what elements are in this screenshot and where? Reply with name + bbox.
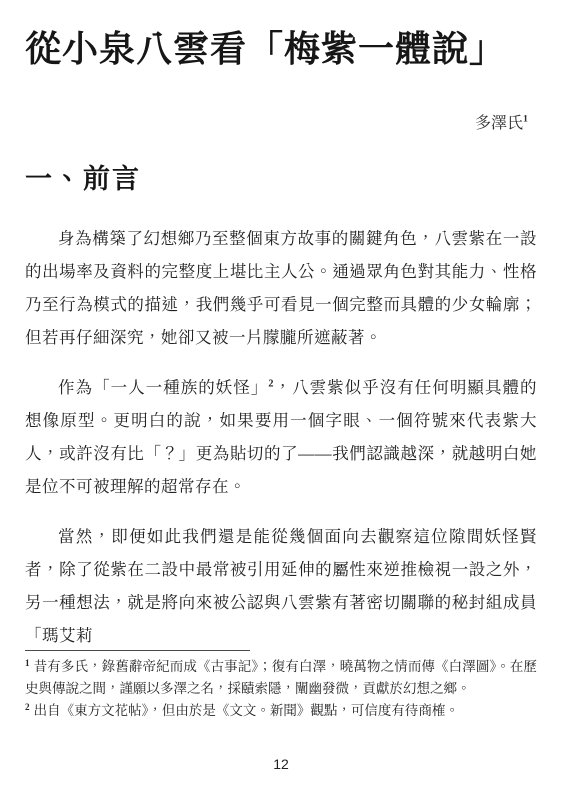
footnote-1-marker: 1 [25, 658, 30, 668]
footnote-1: 1昔有多氏，錄舊辭帝紀而成《古事記》；復有白澤，曉萬物之情而傳《白澤圖》。在歷史… [25, 656, 537, 700]
body-text: 身為構築了幻想鄉乃至整個東方故事的關鍵角色，八雲紫在一設的出場率及資料的完整度上… [25, 222, 537, 669]
footnote-separator [25, 650, 250, 651]
footnote-2-marker: 2 [25, 702, 30, 712]
paragraph-1: 身為構築了幻想鄉乃至整個東方故事的關鍵角色，八雲紫在一設的出場率及資料的完整度上… [25, 222, 537, 354]
footnote-2: 2出自《東方文花帖》，但由於是《文文。新聞》觀點，可信度有待商榷。 [25, 700, 537, 722]
footnote-1-text: 昔有多氏，錄舊辭帝紀而成《古事記》；復有白澤，曉萬物之情而傳《白澤圖》。在歷史與… [25, 659, 537, 696]
page-number: 12 [0, 756, 562, 772]
paragraph-2: 作為「一人一種族的妖怪」2，八雲紫似乎沒有任何明顯具體的想像原型。更明白的說，如… [25, 371, 537, 503]
section-heading: 一、前言 [25, 157, 141, 196]
footnotes-section: 1昔有多氏，錄舊辭帝紀而成《古事記》；復有白澤，曉萬物之情而傳《白澤圖》。在歷史… [25, 656, 537, 722]
author-line: 多澤氏1 [25, 110, 528, 133]
footnote-2-text: 出自《東方文花帖》，但由於是《文文。新聞》觀點，可信度有待商榷。 [34, 703, 459, 718]
author-name: 多澤氏 [475, 115, 523, 132]
document-page: 從小泉八雲看「梅紫一體說」 多澤氏1 一、前言 身為構築了幻想鄉乃至整個東方故事… [0, 0, 562, 793]
paragraph-3: 當然，即便如此我們還是能從幾個面向去觀察這位隙間妖怪賢者，除了從紫在二設中最常被… [25, 520, 537, 652]
document-title: 從小泉八雲看「梅紫一體說」 [25, 26, 542, 73]
author-footnote-ref: 1 [523, 114, 528, 125]
paragraph-2-text-before-ref: 作為「一人一種族的妖怪」 [58, 378, 268, 397]
